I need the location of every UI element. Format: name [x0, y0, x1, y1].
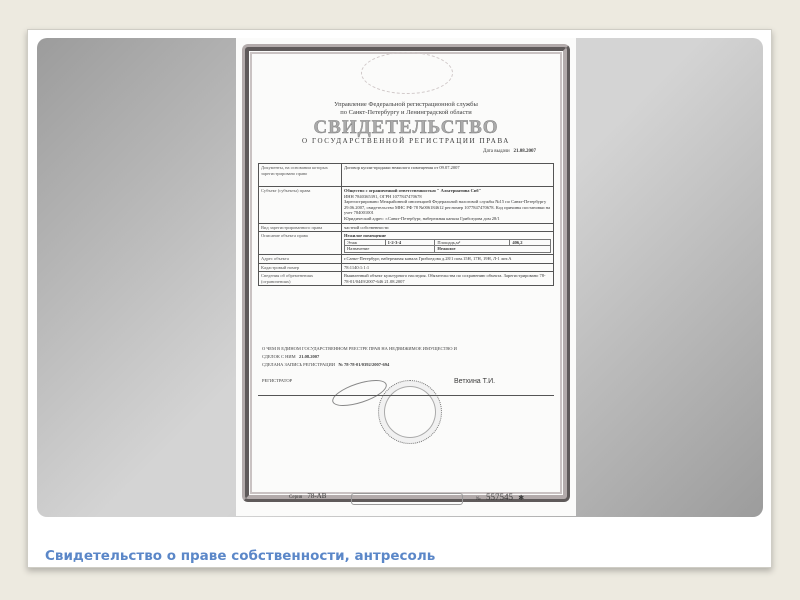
registrar-name: Ветхина Т.И.	[454, 378, 495, 385]
purpose-label: Назначение	[345, 246, 435, 253]
address-value: г.Санкт-Петербург, набережная канала Гри…	[342, 254, 554, 263]
issuing-authority: Управление Федеральной регистрационной с…	[236, 101, 576, 117]
cadastral-label: Кадастровый номер	[259, 263, 342, 272]
object-details-table: Этаж 1-2-3-4 Площадь,м² 406,2 Назначение…	[344, 239, 551, 253]
official-seal-stamp	[378, 380, 442, 444]
table-row: Субъект (субъекты) права Общество с огра…	[259, 187, 554, 224]
authority-line-1: Управление Федеральной регистрационной с…	[236, 101, 576, 109]
record-number: № 78-78-01/0392/2007-694	[338, 362, 389, 367]
table-row: Кадастровый номер 78:1140:1:1:1	[259, 263, 554, 272]
signature-line	[258, 395, 554, 396]
subject-label: Субъект (субъекты) права	[259, 187, 342, 224]
record-label: СДЕЛАНА ЗАПИСЬ РЕГИСТРАЦИИ	[262, 362, 335, 367]
area-label: Площадь,м²	[435, 239, 510, 246]
floor-value: 1-2-3-4	[385, 239, 435, 246]
table-row: Описание объекта права Нежилое помещение…	[259, 232, 554, 255]
documents-label: Документы, на основании которых зарегист…	[259, 164, 342, 187]
record-line: СДЕЛАНА ЗАПИСЬ РЕГИСТРАЦИИ № 78-78-01/03…	[262, 362, 389, 367]
documents-value: Договор купли-продажи нежилого помещения…	[342, 164, 554, 187]
asterisk-mark: ✱	[518, 494, 524, 502]
certificate-scan: Управление Федеральной регистрационной с…	[236, 38, 576, 516]
object-label: Описание объекта права	[259, 232, 342, 255]
object-value: Нежилое помещение Этаж 1-2-3-4 Площадь,м…	[342, 232, 554, 255]
certificate-subtitle: О ГОСУДАРСТВЕННОЙ РЕГИСТРАЦИИ ПРАВА	[236, 137, 576, 145]
issue-date-value: 21.08.2007	[514, 149, 537, 154]
area-value: 406,2	[510, 239, 551, 246]
series-label: Серия	[289, 495, 302, 500]
subject-legal-address: Юридический адрес: г.Санкт-Петербург, на…	[344, 216, 551, 222]
encumbrances-label: Сведения об обременениях (ограничениях)	[259, 272, 342, 286]
deals-date: 21.08.2007	[299, 354, 319, 359]
table-row: Сведения об обременениях (ограничениях) …	[259, 272, 554, 286]
certificate-number: № 557545 ✱	[476, 492, 524, 502]
table-row: Вид зарегистрированного права частной со…	[259, 223, 554, 232]
certificate-title: СВИДЕТЕЛЬСТВО	[236, 117, 576, 139]
cadastral-value: 78:1140:1:1:1	[342, 263, 554, 272]
slide-caption: Свидетельство о праве собственности, ант…	[45, 548, 435, 564]
registration-table: Документы, на основании которых зарегист…	[258, 163, 554, 286]
purpose-value: Нежилое	[435, 246, 551, 253]
right-type-label: Вид зарегистрированного права	[259, 223, 342, 232]
table-row: Адрес объекта г.Санкт-Петербург, набереж…	[259, 254, 554, 263]
deals-line: СДЕЛОК С НИМ 21.08.2007	[262, 354, 319, 359]
encumbrances-value: Выявленный объект культурного наследия. …	[342, 272, 554, 286]
authority-line-2: по Санкт-Петербургу и Ленинградской обла…	[236, 109, 576, 117]
issue-date: Дата выдачи 21.08.2007	[483, 149, 536, 154]
registry-statement: О ЧЕМ В ЕДИНОМ ГОСУДАРСТВЕННОМ РЕЕСТРЕ П…	[262, 346, 457, 351]
right-type-value: частной собственности	[342, 223, 554, 232]
number-label: №	[476, 497, 481, 502]
coat-of-arms-emblem	[361, 52, 453, 94]
issue-date-label: Дата выдачи	[483, 149, 510, 154]
address-label: Адрес объекта	[259, 254, 342, 263]
series: Серия 78-АВ	[289, 492, 326, 500]
table-row: Документы, на основании которых зарегист…	[259, 164, 554, 187]
deals-label: СДЕЛОК С НИМ	[262, 354, 296, 359]
number-value: 557545	[486, 492, 513, 502]
subject-registration: Зарегистрировано Межрайонной инспекцией …	[344, 199, 551, 216]
registrar-label: РЕГИСТРАТОР	[262, 378, 292, 383]
ornamental-ribbon	[351, 493, 463, 505]
subject-value: Общество с ограниченной ответственностью…	[342, 187, 554, 224]
floor-label: Этаж	[345, 239, 386, 246]
series-value: 78-АВ	[307, 492, 326, 500]
